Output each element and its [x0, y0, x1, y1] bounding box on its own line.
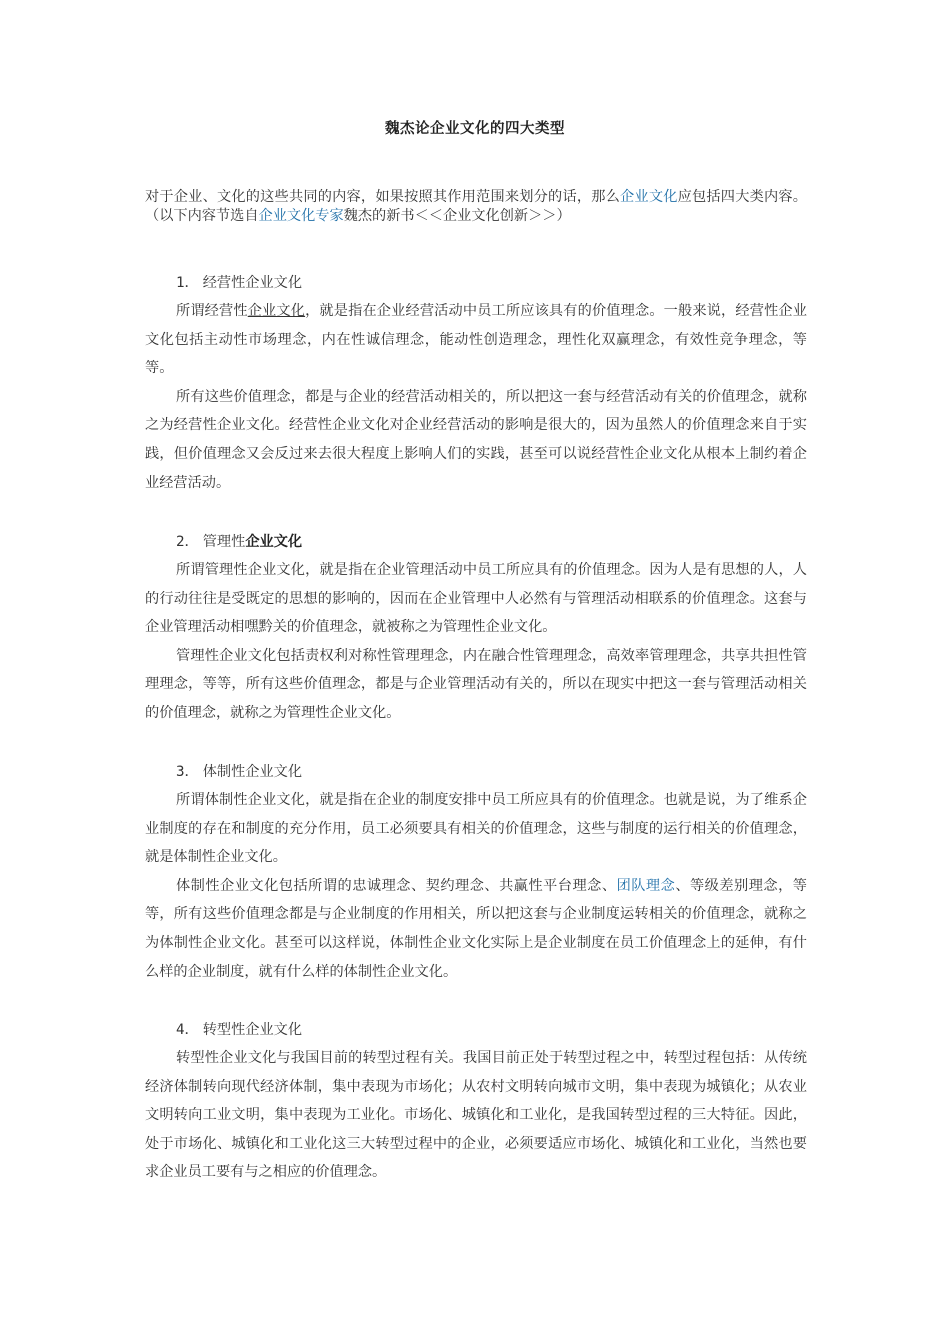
- section-number: 1．: [176, 275, 199, 291]
- section-paragraph: 转型性企业文化与我国目前的转型过程有关。我国目前正处于转型过程之中，转型过程包括…: [145, 1044, 807, 1187]
- section-paragraph: 体制性企业文化包括所谓的忠诚理念、契约理念、共赢性平台理念、团队理念、等级差别理…: [145, 872, 807, 986]
- intro-paragraph: 对于企业、文化的这些共同的内容，如果按照其作用范围来划分的话，那么企业文化应包括…: [145, 188, 807, 226]
- paragraph-text: 体制性企业文化包括所谓的忠诚理念、契约理念、共赢性平台理念、: [176, 878, 617, 894]
- section-institutional-culture: 3．体制性企业文化 所谓体制性企业文化，就是指在企业的制度安排中员工所应具有的价…: [145, 758, 807, 986]
- section-paragraph: 所谓经营性企业文化，就是指在企业经营活动中员工所应该具有的价值理念。一般来说，经…: [145, 297, 807, 383]
- document-title: 魏杰论企业文化的四大类型: [0, 117, 950, 138]
- section-heading-text: 管理性: [203, 534, 246, 550]
- section-number: 2．: [176, 534, 199, 550]
- section-heading: 3．体制性企业文化: [145, 758, 807, 786]
- section-heading: 1．经营性企业文化: [145, 269, 807, 297]
- section-heading: 2．管理性企业文化: [145, 528, 807, 556]
- intro-text: 魏杰的新书＜＜企业文化创新＞＞）: [344, 208, 571, 224]
- section-heading: 4．转型性企业文化: [145, 1016, 807, 1044]
- section-operational-culture: 1．经营性企业文化 所谓经营性企业文化，就是指在企业经营活动中员工所应该具有的价…: [145, 269, 807, 497]
- section-heading-text: 体制性企业文化: [203, 764, 302, 780]
- link-team-concept[interactable]: 团队理念: [617, 878, 676, 894]
- link-enterprise-culture[interactable]: 企业文化: [620, 189, 678, 205]
- intro-text: 对于企业、文化的这些共同的内容，如果按照其作用范围来划分的话，那么: [145, 189, 620, 205]
- section-number: 4．: [176, 1022, 199, 1038]
- section-heading-text: 经营性企业文化: [203, 275, 302, 291]
- section-number: 3．: [176, 764, 199, 780]
- section-management-culture: 2．管理性企业文化 所谓管理性企业文化，就是指在企业管理活动中员工所应具有的价值…: [145, 528, 807, 728]
- section-heading-text: 转型性企业文化: [203, 1022, 302, 1038]
- section-paragraph: 所谓管理性企业文化，就是指在企业管理活动中员工所应具有的价值理念。因为人是有思想…: [145, 556, 807, 642]
- paragraph-text: 所谓经营性: [176, 303, 248, 319]
- document-page: 魏杰论企业文化的四大类型 对于企业、文化的这些共同的内容，如果按照其作用范围来划…: [0, 0, 950, 1344]
- section-paragraph: 管理性企业文化包括责权利对称性管理理念，内在融合性管理理念，高效率管理理念，共享…: [145, 642, 807, 728]
- link-enterprise-culture-underlined[interactable]: 企业文化: [248, 303, 305, 319]
- section-paragraph: 所谓体制性企业文化，就是指在企业的制度安排中员工所应具有的价值理念。也就是说，为…: [145, 786, 807, 872]
- section-transitional-culture: 4．转型性企业文化 转型性企业文化与我国目前的转型过程有关。我国目前正处于转型过…: [145, 1016, 807, 1187]
- section-paragraph: 所有这些价值理念，都是与企业的经营活动相关的，所以把这一套与经营活动有关的价值理…: [145, 383, 807, 497]
- section-heading-bold-text: 企业文化: [245, 534, 302, 550]
- link-enterprise-culture-expert[interactable]: 企业文化专家: [259, 208, 344, 224]
